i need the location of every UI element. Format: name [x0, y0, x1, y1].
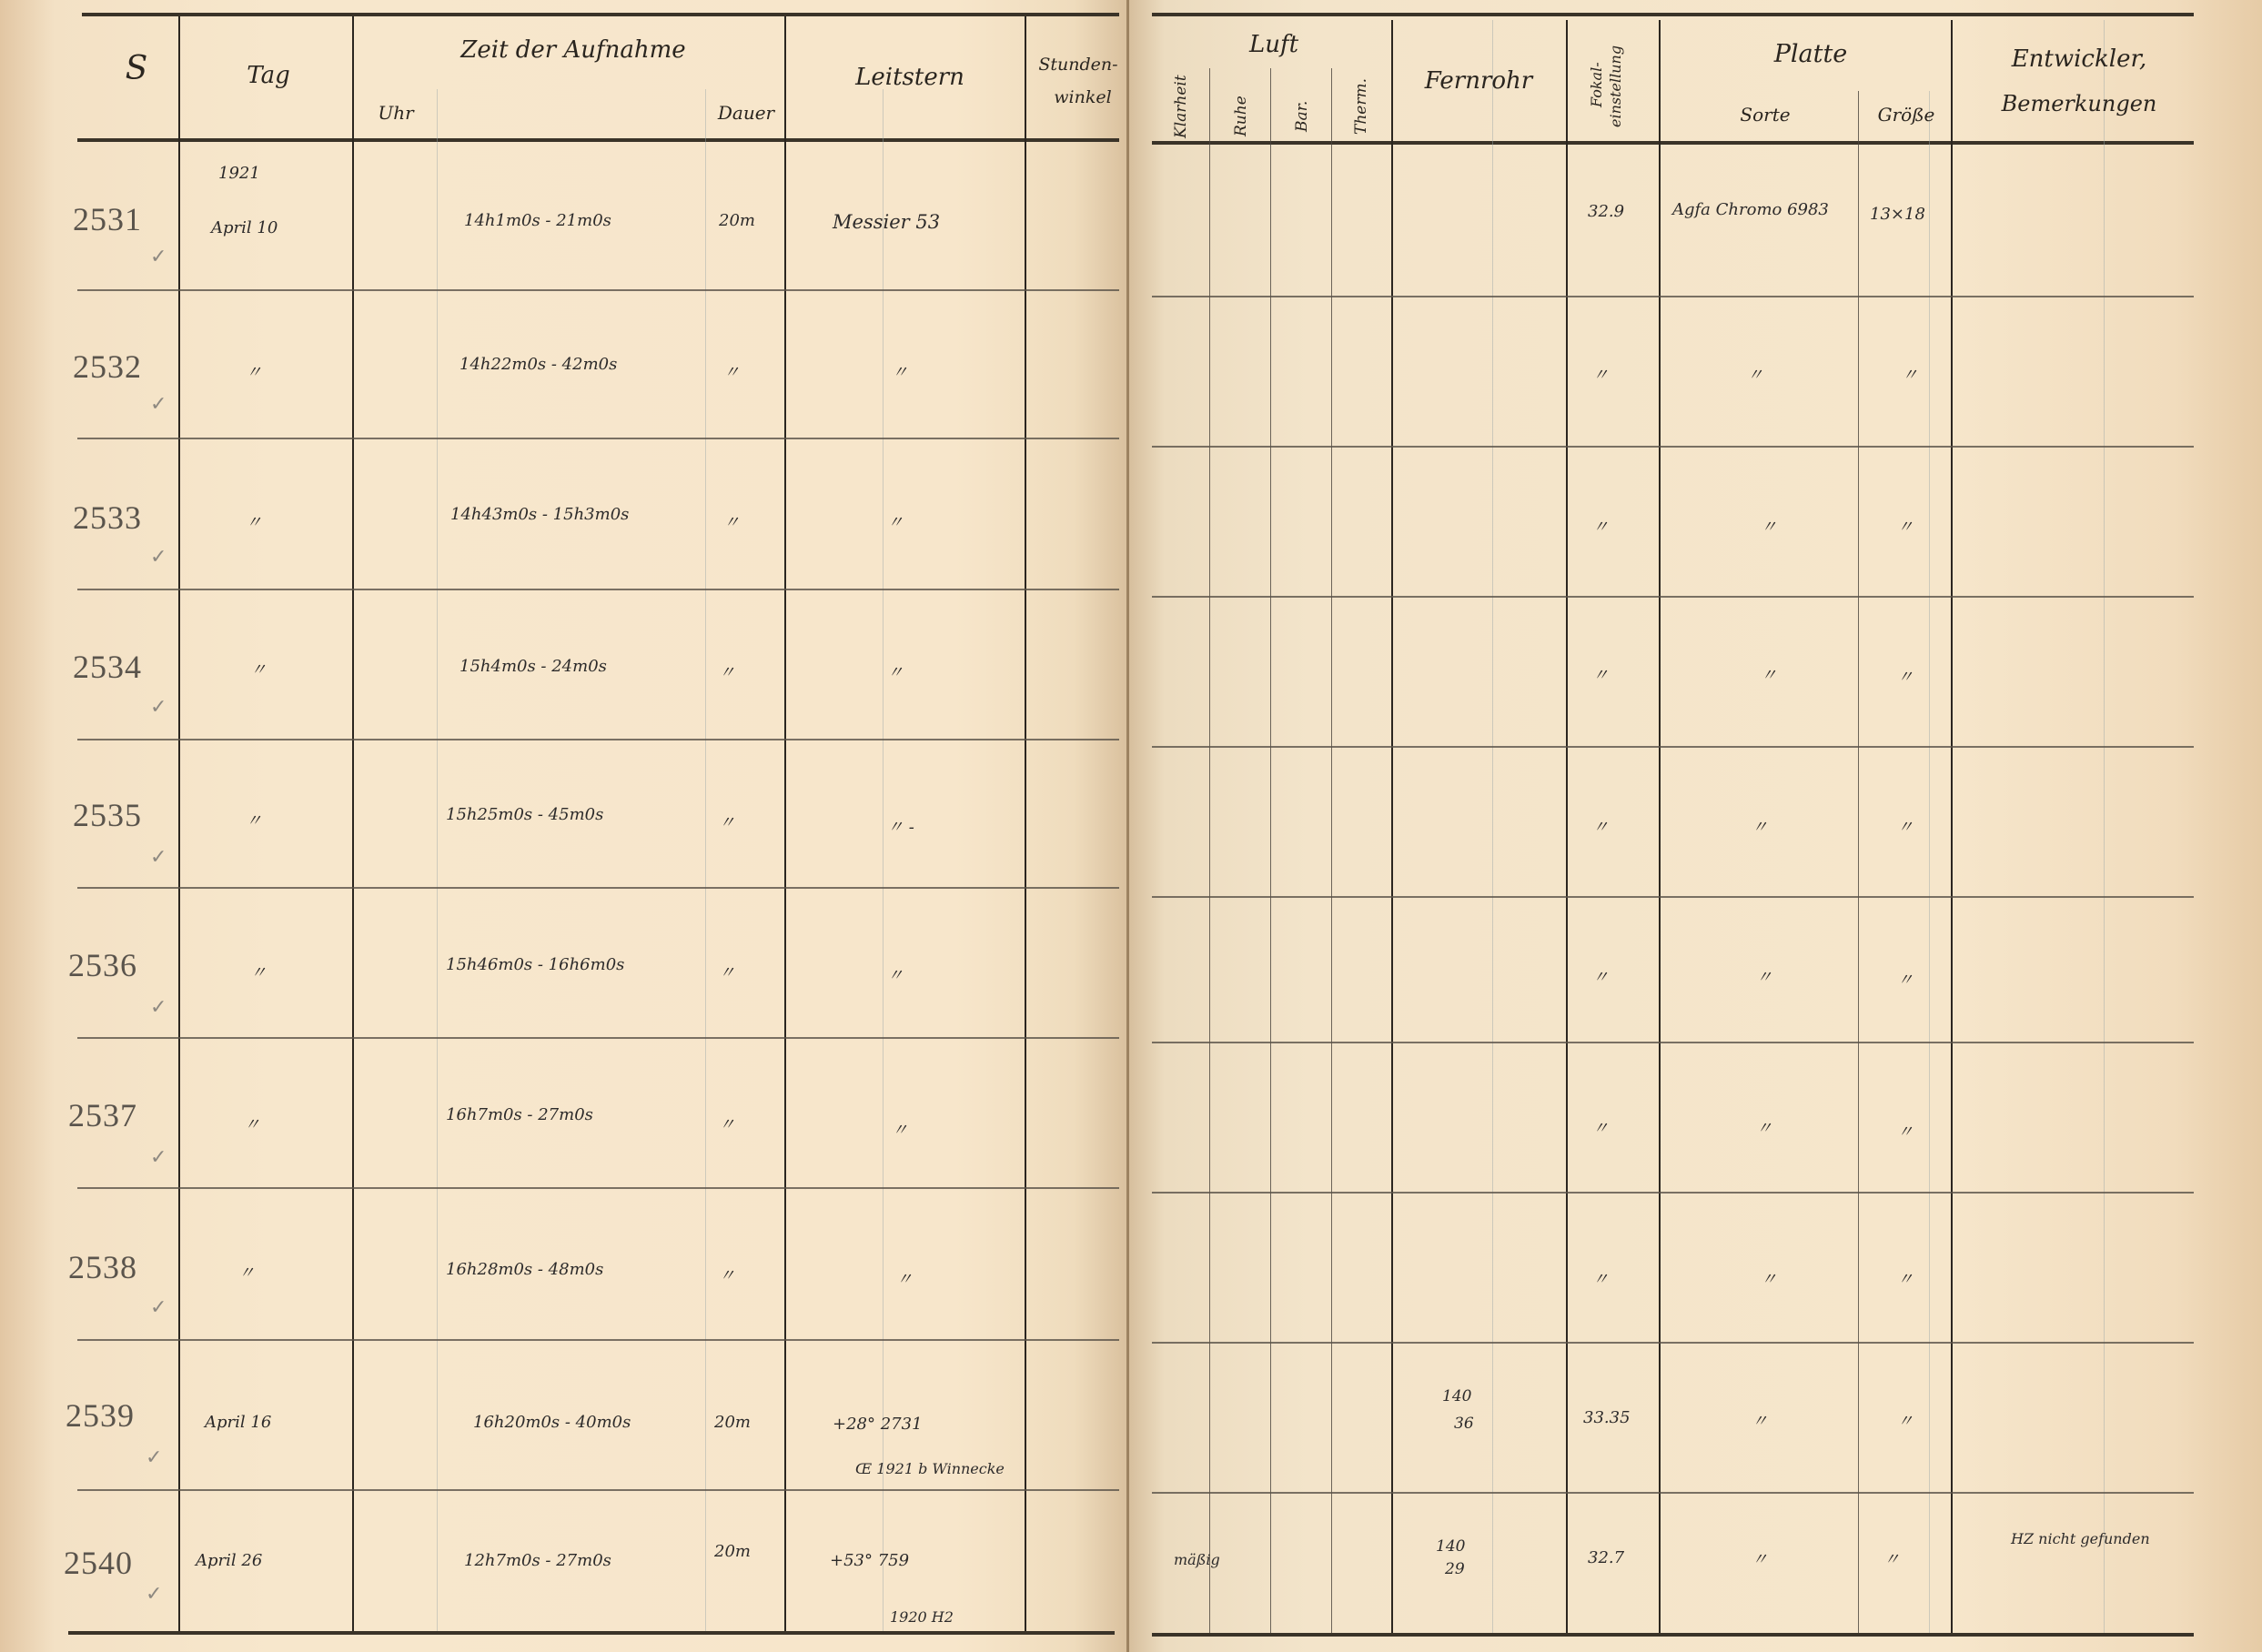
sorte: 〃: [1761, 514, 1777, 538]
leitstern: 〃: [892, 359, 908, 383]
groesse: 〃: [1902, 362, 1918, 386]
checkmark-icon: ✓: [146, 1446, 162, 1469]
row-sep-right: [1152, 1042, 2194, 1043]
dauer: 〃: [719, 960, 735, 983]
header-top-rule-left: [82, 13, 1119, 16]
leitstern: 〃: [892, 1117, 908, 1141]
row-sep-right: [1152, 1192, 2194, 1194]
row-sep-left: [77, 1187, 1119, 1189]
book-gutter: [1126, 0, 1129, 1652]
header-dauer: Dauer: [710, 102, 783, 124]
groesse: 〃: [1897, 664, 1914, 688]
col-divider-uhr-inner: [437, 89, 438, 1631]
leitstern: +28° 2731: [833, 1415, 923, 1434]
header-bottom-rule-right: [1152, 141, 2194, 145]
fokal: 33.35: [1583, 1408, 1631, 1427]
checkmark-icon: ✓: [150, 846, 167, 869]
leitstern: +53° 759: [830, 1551, 909, 1570]
groesse: 〃: [1897, 1119, 1914, 1143]
col-divider-s-tag: [178, 16, 180, 1631]
plate-number: 2536: [68, 946, 137, 984]
dauer: 20m: [719, 211, 755, 230]
uhr: 15h46m0s - 16h6m0s: [446, 955, 624, 974]
tag: 〃: [244, 1112, 260, 1135]
groesse: 〃: [1897, 967, 1914, 991]
uhr: 16h28m0s - 48m0s: [446, 1260, 603, 1279]
fernrohr-top: 140: [1442, 1387, 1471, 1405]
klarheit: mäßig: [1174, 1551, 1220, 1568]
right-page: [1128, 0, 2262, 1652]
leitstern: 〃: [896, 1266, 913, 1290]
row-sep-right: [1152, 446, 2194, 448]
header-platte: Platte: [1711, 40, 1911, 68]
bemerkungen: HZ nicht gefunden: [2011, 1530, 2150, 1547]
tag: April 10: [211, 218, 278, 237]
col-divider-fernrohr-fokal: [1566, 20, 1568, 1633]
fokal: 〃: [1592, 362, 1609, 386]
col-divider-sorte-groesse: [1858, 91, 1859, 1633]
header-fernrohr: Fernrohr: [1401, 67, 1556, 95]
header-uhr: Uhr: [369, 102, 423, 124]
uhr: 14h1m0s - 21m0s: [464, 211, 611, 230]
dauer: 〃: [719, 660, 735, 683]
row-sep-left: [77, 1339, 1119, 1341]
sorte: 〃: [1747, 362, 1763, 386]
dauer: 〃: [723, 509, 740, 533]
tag: April 16: [205, 1413, 271, 1432]
tag: 〃: [246, 509, 262, 533]
row-sep-left: [77, 289, 1119, 291]
header-fokal-2: einstellung: [1607, 45, 1624, 127]
leitstern: 〃 -: [887, 814, 914, 838]
left-page: [0, 0, 1128, 1652]
fokal: 32.9: [1588, 202, 1624, 221]
header-zeit-der-aufnahme: Zeit der Aufnahme: [428, 36, 719, 64]
sorte: 〃: [1752, 1546, 1768, 1570]
plate-number: 2532: [73, 348, 142, 386]
col-divider-ruhe-bar: [1270, 68, 1271, 1633]
dauer: 〃: [719, 1263, 735, 1286]
col-divider-luft-fernrohr: [1391, 20, 1393, 1633]
col-divider-klarheit-ruhe: [1209, 68, 1210, 1633]
row-sep-left: [77, 1489, 1119, 1491]
fokal: 〃: [1592, 1115, 1609, 1139]
dauer: 20m: [714, 1542, 751, 1561]
col-divider-bar-therm: [1331, 68, 1332, 1633]
fernrohr-bottom: 29: [1445, 1560, 1465, 1578]
uhr: 16h7m0s - 27m0s: [446, 1105, 593, 1124]
sorte: Agfa Chromo 6983: [1672, 200, 1829, 219]
row-sep-left: [77, 438, 1119, 439]
leitstern-note: Œ 1921 b Winnecke: [855, 1460, 1005, 1477]
footer-rule-left: [68, 1631, 1115, 1635]
fokal: 32.7: [1588, 1548, 1624, 1567]
leitstern-note: 1920 H2: [890, 1608, 954, 1626]
header-bottom-rule-left: [77, 138, 1119, 142]
checkmark-icon: ✓: [150, 1296, 167, 1319]
checkmark-icon: ✓: [146, 1583, 162, 1606]
plate-number: 2539: [66, 1396, 135, 1435]
tag: 〃: [246, 359, 262, 383]
col-divider-platte-entwickler: [1951, 20, 1953, 1633]
row-sep-right: [1152, 1492, 2194, 1494]
leitstern: Messier 53: [833, 211, 940, 233]
dauer: 20m: [714, 1413, 751, 1432]
col-divider-fokal-platte: [1659, 20, 1661, 1633]
groesse: 〃: [1897, 814, 1914, 838]
plate-number: 2538: [68, 1248, 137, 1286]
header-groesse: Größe: [1861, 104, 1952, 126]
header-bar: Bar.: [1293, 101, 1311, 132]
uhr: 14h22m0s - 42m0s: [459, 355, 617, 374]
checkmark-icon: ✓: [150, 696, 167, 719]
row-sep-right: [1152, 596, 2194, 598]
sorte: 〃: [1752, 1408, 1768, 1432]
row-sep-left: [77, 739, 1119, 740]
row-sep-left: [77, 887, 1119, 889]
row-sep-right: [1152, 1342, 2194, 1344]
uhr: 15h25m0s - 45m0s: [446, 805, 603, 824]
fokal: 〃: [1592, 814, 1609, 838]
plate-number: 2535: [73, 796, 142, 834]
uhr: 12h7m0s - 27m0s: [464, 1551, 611, 1570]
checkmark-icon: ✓: [150, 546, 167, 569]
dauer: 〃: [719, 1112, 735, 1135]
plate-number: 2537: [68, 1096, 137, 1134]
uhr: 14h43m0s - 15h3m0s: [450, 505, 629, 524]
col-divider-tag-zeit: [352, 16, 354, 1631]
plate-number: 2533: [73, 499, 142, 537]
header-top-rule-right: [1152, 13, 2194, 16]
row-sep-right: [1152, 896, 2194, 898]
header-tag: Tag: [223, 62, 314, 89]
checkmark-icon: ✓: [150, 393, 167, 416]
sorte: 〃: [1761, 1266, 1777, 1290]
sorte: 〃: [1761, 662, 1777, 686]
fokal: 〃: [1592, 1266, 1609, 1290]
header-entwickler-1: Entwickler,: [1965, 45, 2193, 73]
row-sep-right: [1152, 746, 2194, 748]
col-divider-uhr-dauer: [705, 89, 706, 1631]
header-s: S: [109, 50, 164, 87]
row-sep-left: [77, 1037, 1119, 1039]
uhr: 15h4m0s - 24m0s: [459, 657, 607, 676]
row-sep-right: [1152, 296, 2194, 297]
leitstern: 〃: [887, 660, 904, 683]
year: 1921: [218, 164, 260, 183]
header-stundenwinkel-2: winkel: [1033, 87, 1133, 107]
tag: 〃: [250, 657, 267, 680]
col-divider-leitstern-stundenwinkel: [1025, 16, 1026, 1631]
checkmark-icon: ✓: [150, 1146, 167, 1169]
fokal: 〃: [1592, 662, 1609, 686]
groesse: 〃: [1897, 1408, 1914, 1432]
checkmark-icon: ✓: [150, 996, 167, 1019]
tag: 〃: [250, 960, 267, 983]
header-entwickler-2: Bemerkungen: [1965, 91, 2193, 116]
uhr: 16h20m0s - 40m0s: [473, 1413, 631, 1432]
fernrohr-bottom: 36: [1454, 1415, 1474, 1433]
col-divider-zeit-leitstern: [784, 16, 786, 1631]
tag: 〃: [238, 1260, 255, 1284]
header-sorte: Sorte: [1711, 104, 1820, 126]
fokal: 〃: [1592, 964, 1609, 988]
col-divider-entwickler-inner: [2104, 20, 2105, 1633]
plate-number: 2540: [64, 1544, 133, 1582]
leitstern: 〃: [887, 509, 904, 533]
dauer: 〃: [719, 810, 735, 833]
col-divider-fernrohr-inner: [1492, 20, 1493, 1633]
header-luft: Luft: [1219, 31, 1328, 58]
col-divider-groesse-inner: [1929, 91, 1930, 1633]
header-fokal-1: Fokal-: [1588, 62, 1605, 107]
leitstern: 〃: [887, 962, 904, 986]
fokal: 〃: [1592, 514, 1609, 538]
header-stundenwinkel-1: Stunden-: [1028, 55, 1128, 75]
header-ruhe: Ruhe: [1232, 96, 1250, 136]
sorte: 〃: [1756, 964, 1772, 988]
groesse: 13×18: [1870, 205, 1925, 224]
header-leitstern: Leitstern: [833, 64, 987, 91]
plate-number: 2534: [73, 648, 142, 686]
col-divider-leitstern-inner: [883, 89, 884, 1631]
tag: 〃: [246, 808, 262, 831]
header-therm: Therm.: [1352, 78, 1370, 135]
groesse: 〃: [1897, 1266, 1914, 1290]
tag: April 26: [196, 1551, 262, 1570]
groesse: 〃: [1883, 1546, 1900, 1570]
sorte: 〃: [1756, 1115, 1772, 1139]
checkmark-icon: ✓: [150, 246, 167, 268]
sorte: 〃: [1752, 814, 1768, 838]
groesse: 〃: [1897, 514, 1914, 538]
footer-rule-right: [1152, 1633, 2194, 1637]
row-sep-left: [77, 589, 1119, 590]
header-klarheit: Klarheit: [1172, 75, 1190, 138]
plate-number: 2531: [73, 200, 142, 238]
dauer: 〃: [723, 359, 740, 383]
fernrohr-top: 140: [1436, 1537, 1465, 1556]
